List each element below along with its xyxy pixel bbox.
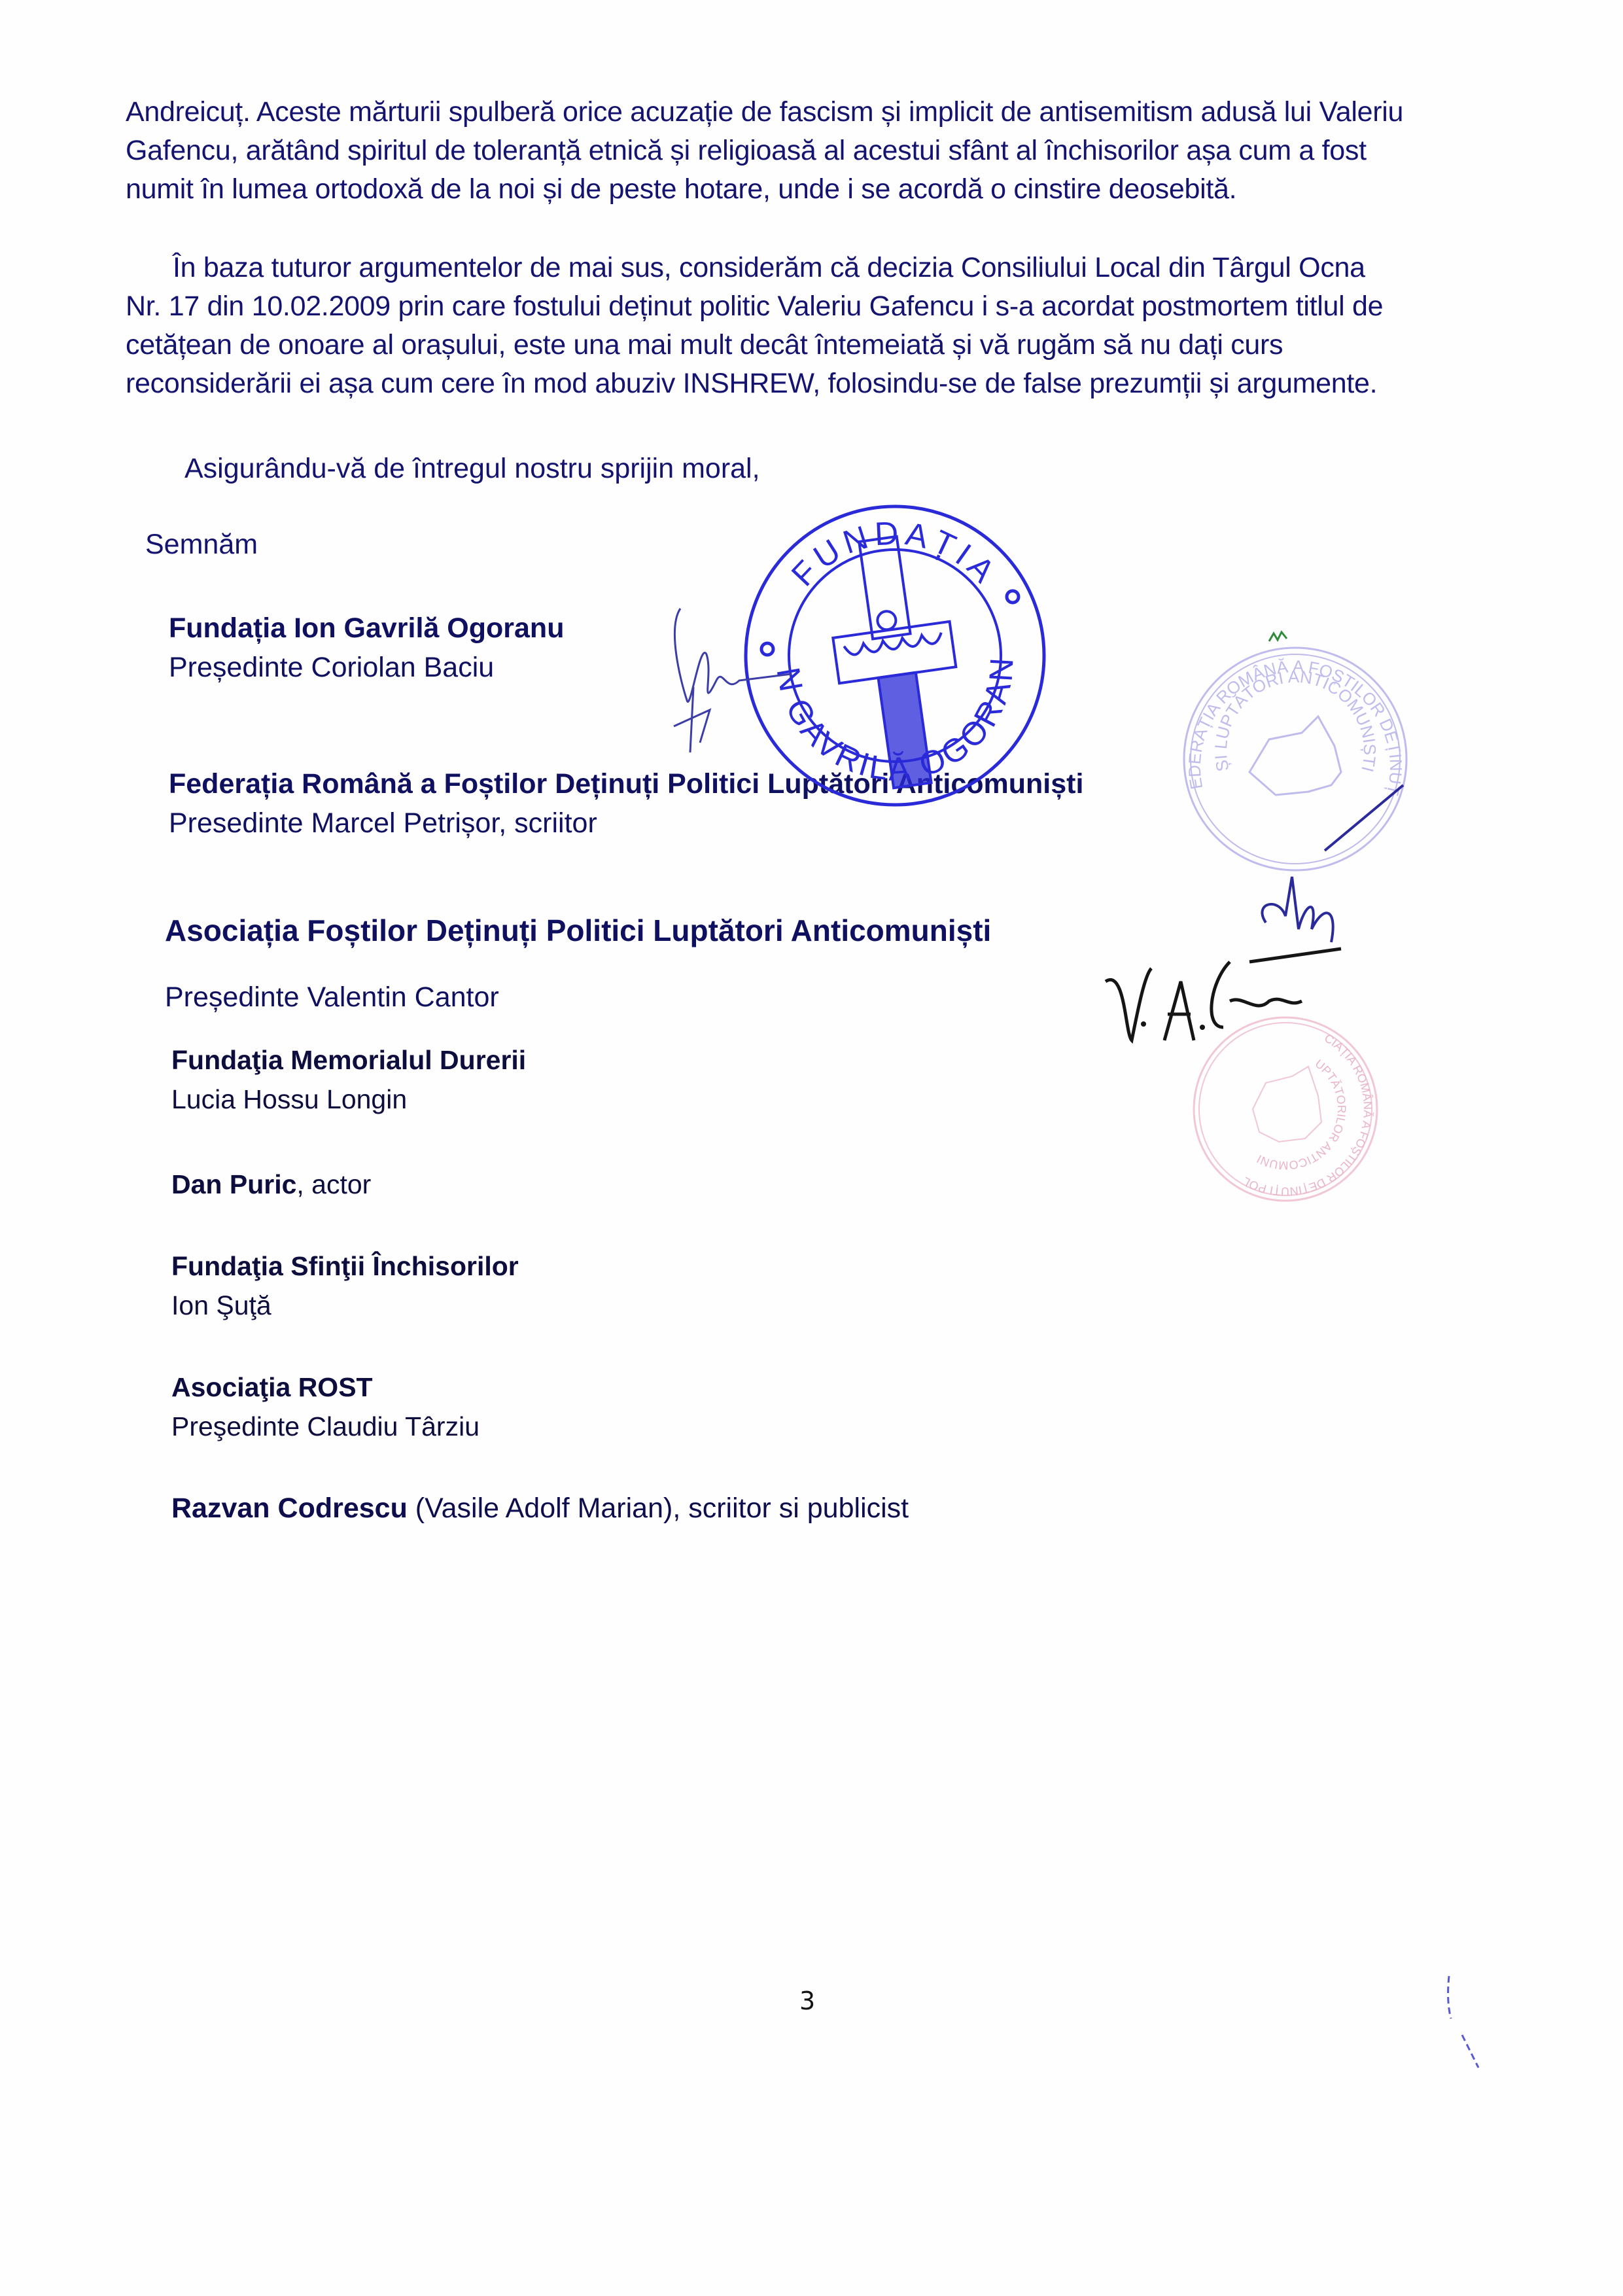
- signatory-dan-puric: Dan Puric, actor: [171, 1165, 371, 1204]
- stamp-top-text: ASOCIAȚIA ROMÂNĂ A FOȘTILOR DEȚINUȚI POL…: [1240, 1019, 1384, 1207]
- signatory-codrescu: Razvan Codrescu (Vasile Adolf Marian), s…: [171, 1489, 909, 1528]
- signatory-rep: Lucia Hossu Longin: [171, 1080, 526, 1119]
- signatory-asociatia: Asociația Foștilor Deținuți Politici Lup…: [165, 911, 991, 1017]
- signature-baciu-icon: [661, 602, 792, 752]
- page-number: 3: [799, 1987, 815, 2015]
- signatory-org: Fundația Ion Gavrilă Ogoranu: [169, 609, 564, 648]
- scan-mark-icon: [1439, 1969, 1492, 2081]
- signatory-line: Dan Puric, actor: [171, 1165, 371, 1204]
- signatory-rep: Ion Şuţă: [171, 1286, 519, 1325]
- document-page: Andreicuț. Aceste mărturii spulberă oric…: [0, 0, 1623, 2296]
- signatory-rep: Președinte Coriolan Baciu: [169, 648, 564, 687]
- signatory-rep: Preşedinte Claudiu Târziu: [171, 1407, 480, 1446]
- sign-intro: Semnăm: [145, 529, 258, 561]
- signatory-org: Asociaţia ROST: [171, 1368, 480, 1407]
- signatory-role: (Vasile Adolf Marian), scriitor si publi…: [408, 1492, 909, 1524]
- paragraph-request: În baza tuturor argumentelor de mai sus,…: [126, 249, 1532, 403]
- paragraph-testimonies: Andreicuț. Aceste mărturii spulberă oric…: [126, 93, 1532, 209]
- signatory-org: Asociația Foștilor Deținuți Politici Lup…: [165, 911, 991, 950]
- signatory-memorialul-durerii: Fundaţia Memorialul Durerii Lucia Hossu …: [171, 1040, 526, 1119]
- paragraph-line: În baza tuturor argumentelor de mai sus,…: [126, 249, 1532, 287]
- paragraph-line: reconsiderării ei așa cum cere în mod ab…: [126, 364, 1532, 403]
- closing-line: Asigurându-vă de întregul nostru sprijin…: [184, 453, 760, 485]
- paragraph-line: numit în lumea ortodoxă de la noi și de …: [126, 170, 1532, 209]
- asociatia-stamp-icon: ASOCIAȚIA ROMÂNĂ A FOȘTILOR DEȚINUȚI POL…: [1187, 1011, 1384, 1207]
- paragraph-line: Gafencu, arătând spiritul de toleranță e…: [126, 132, 1532, 170]
- signatory-rost: Asociaţia ROST Preşedinte Claudiu Târziu: [171, 1368, 480, 1446]
- signatory-name: Razvan Codrescu: [171, 1492, 408, 1524]
- paragraph-line: Nr. 17 din 10.02.2009 prin care fostului…: [126, 287, 1532, 326]
- ink-mark-icon: [1266, 628, 1292, 648]
- signatory-org: Fundaţia Sfinţii Închisorilor: [171, 1246, 519, 1286]
- signatory-ogoranu: Fundația Ion Gavrilă Ogoranu Președinte …: [169, 609, 564, 687]
- signatory-line: Razvan Codrescu (Vasile Adolf Marian), s…: [171, 1489, 909, 1528]
- paragraph-line: Andreicuț. Aceste mărturii spulberă oric…: [126, 93, 1532, 132]
- signatory-name: Dan Puric: [171, 1169, 296, 1199]
- signatory-role: , actor: [296, 1169, 371, 1199]
- signature-petrisor-icon: [1240, 772, 1410, 949]
- paragraph-line: cetățean de onoare al orașului, este una…: [126, 326, 1532, 364]
- signatory-sfintii-inchisorilor: Fundaţia Sfinţii Închisorilor Ion Şuţă: [171, 1246, 519, 1325]
- svg-text:ASOCIAȚIA ROMÂNĂ A FOȘTILOR DE: ASOCIAȚIA ROMÂNĂ A FOȘTILOR DEȚINUȚI POL…: [1240, 1019, 1384, 1207]
- signatory-rep: Președinte Valentin Cantor: [165, 978, 991, 1017]
- signatory-org: Fundaţia Memorialul Durerii: [171, 1040, 526, 1080]
